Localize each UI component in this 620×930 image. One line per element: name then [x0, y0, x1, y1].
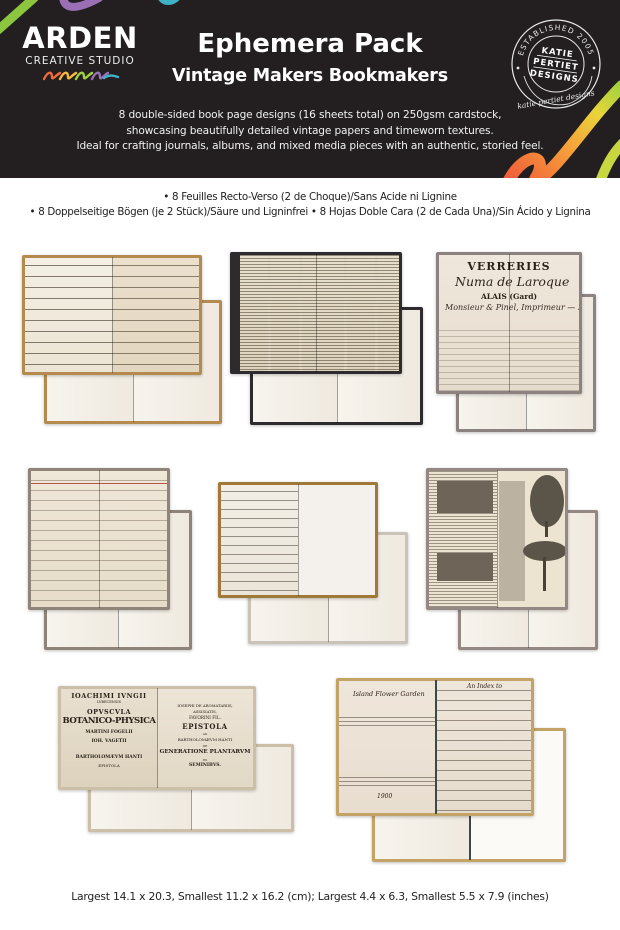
- multilingual-specs: • 8 Feuilles Recto-Verso (2 de Choque)/S…: [0, 190, 620, 220]
- printed-column-page: [316, 255, 399, 371]
- product-title-block: Ephemera Pack Vintage Makers Bookmakers: [150, 28, 470, 88]
- multilingual-line-french: • 8 Feuilles Recto-Verso (2 de Choque)/S…: [0, 190, 620, 205]
- invoice-script-name: Numa de Laroque: [455, 274, 569, 289]
- description-line: Ideal for crafting journals, albums, and…: [40, 139, 580, 155]
- teal-swoosh-decoration: [158, 0, 182, 8]
- product-description: 8 double-sided book page designs (16 she…: [40, 108, 580, 155]
- brand-subtitle: CREATIVE STUDIO: [18, 55, 142, 67]
- book-latin-title-page: IOACHIMI IVNGII LVBECENSIS OPVSCVLA BOTA…: [58, 686, 298, 834]
- front-spread: VERRERIES Numa de Laroque ALAIS (Gard) M…: [436, 252, 582, 394]
- brand-name: ARDEN: [18, 22, 142, 54]
- book-worn-notebook: [218, 482, 413, 647]
- description-line: showcasing beautifully detailed vintage …: [40, 124, 580, 140]
- rainbow-squiggle-icon: [40, 71, 120, 83]
- latin-left-page: IOACHIMI IVNGII LVBECENSIS OPVSCVLA BOTA…: [61, 689, 157, 787]
- book-dictionary-print: [230, 252, 425, 427]
- book-script-index: Island Flower Garden 1900 An Index to: [336, 678, 568, 864]
- printed-column-page: [240, 255, 316, 371]
- ledger-page: [31, 471, 99, 607]
- book-accounts-ledger: [28, 468, 208, 653]
- description-line: 8 double-sided book page designs (16 she…: [40, 108, 580, 124]
- header-banner: ARDEN CREATIVE STUDIO Ephemera Pack Vint…: [0, 0, 620, 178]
- tree-engraving-icon: [497, 471, 565, 607]
- handwritten-page: [25, 258, 112, 372]
- front-spread: IOACHIMI IVNGII LVBECENSIS OPVSCVLA BOTA…: [58, 686, 256, 790]
- latin-right-page: IOSEPHI DE AROMATARIIS, ASSISIATIS, FAVO…: [157, 689, 253, 787]
- product-subtitle: Vintage Makers Bookmakers: [150, 64, 470, 88]
- book-handwritten-ledger: [22, 255, 222, 425]
- front-spread: [426, 468, 568, 610]
- front-spread: [218, 482, 378, 598]
- ledger-page: [99, 471, 167, 607]
- book-botanical-print: [426, 468, 601, 653]
- script-right-page: An Index to: [435, 681, 531, 813]
- katie-pertiet-designs-stamp-logo: ESTABLISHED 2005 KATIE PERTIET DESIGNS k…: [506, 14, 606, 114]
- front-spread: [28, 468, 170, 610]
- script-left-page: Island Flower Garden 1900: [339, 681, 435, 813]
- front-spread: [22, 255, 202, 375]
- handwritten-page: [221, 485, 298, 595]
- size-caption: Largest 14.1 x 20.3, Smallest 11.2 x 16.…: [0, 890, 620, 903]
- product-title: Ephemera Pack: [150, 28, 470, 60]
- handwritten-page: [112, 258, 199, 372]
- purple-swoosh-decoration: [55, 0, 110, 20]
- book-invoice: VERRERIES Numa de Laroque ALAIS (Gard) M…: [436, 252, 606, 437]
- multilingual-line-german-spanish: • 8 Doppelseitige Bögen (je 2 Stück)/Säu…: [0, 205, 620, 220]
- front-spread: [230, 252, 402, 374]
- brand-logo: ARDEN CREATIVE STUDIO: [18, 22, 142, 83]
- front-spread: Island Flower Garden 1900 An Index to: [336, 678, 534, 816]
